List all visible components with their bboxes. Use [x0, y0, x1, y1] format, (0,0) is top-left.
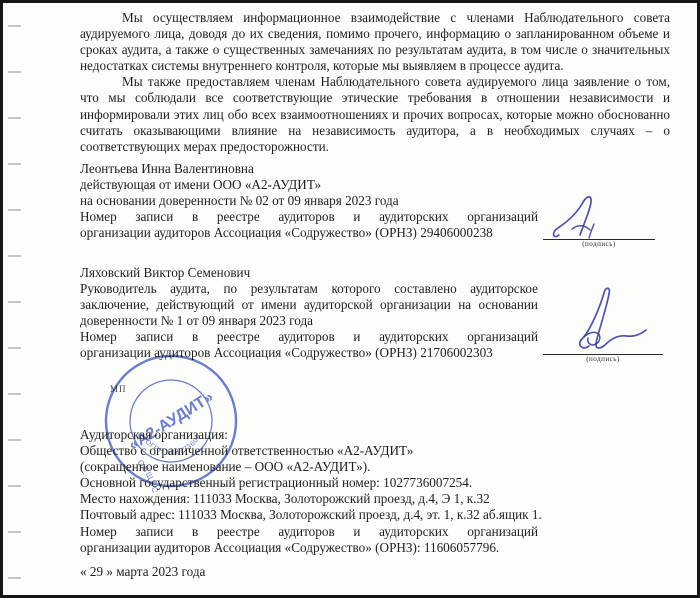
signature1-caption: (подпись)	[543, 240, 655, 249]
signer2-role: Руководитель аудита, по результатам кото…	[80, 281, 538, 297]
scan-binding-marks	[8, 25, 21, 581]
signer2-name: Ляховский Виктор Семенович	[80, 265, 550, 281]
text-line: что мы соблюдали все соответствующие эти…	[80, 90, 670, 106]
org-full-name: Общество с ограниченной ответственностью…	[80, 443, 670, 459]
org-ogrn: Основной государственный регистрационный…	[80, 475, 670, 491]
org-registry: Номер записи в реестре аудиторов и аудит…	[80, 524, 538, 540]
document-date: « 29 » марта 2023 года	[80, 564, 205, 580]
signer2-poa: доверенности № 1 от 09 января 2023 года	[80, 313, 550, 329]
signer2-block: Ляховский Виктор Семенович Руководитель …	[80, 265, 550, 362]
signature2-line: (подпись)	[543, 354, 663, 364]
signer1-ornz: организации аудиторов Ассоциация «Содруж…	[80, 225, 550, 241]
signature2-caption: (подпись)	[543, 355, 663, 364]
report-communication-paragraphs: Мы осуществляем информационное взаимодей…	[80, 10, 670, 155]
signature2-handwriting	[561, 284, 649, 354]
org-location: Место нахождения: 111033 Москва, Золотор…	[80, 491, 670, 507]
org-ornz: организации аудиторов Ассоциация «Содруж…	[80, 540, 670, 556]
text-line: соответствующих мерах предосторожности.	[80, 139, 670, 155]
signature1-line: (подпись)	[543, 239, 655, 249]
signature1-handwriting	[549, 193, 619, 241]
org-postal-address: Почтовый адрес: 111033 Москва, Золоторож…	[80, 507, 670, 523]
text-line: аудируемого лица, доводя до их сведения,…	[80, 26, 670, 42]
signer2-role-cont: заключение, действующий от имени аудитор…	[80, 297, 538, 313]
signer1-poa: на основании доверенности № 02 от 09 янв…	[80, 193, 550, 209]
signer2-registry: Номер записи в реестре аудиторов и аудит…	[80, 329, 538, 345]
scanned-audit-document-page: Мы осуществляем информационное взаимодей…	[0, 0, 700, 598]
audit-organization-block: Аудиторская организация: Общество с огра…	[80, 427, 670, 556]
org-short-name: (сокращенное наименование – ООО «А2-АУДИ…	[80, 459, 670, 475]
text-line: недостатках системы внутреннего контроля…	[80, 58, 670, 74]
text-line: Мы также предоставляем членам Наблюдател…	[80, 74, 670, 90]
signer1-block: Леонтьева Инна Валентиновна действующая …	[80, 161, 550, 241]
org-heading: Аудиторская организация:	[80, 427, 670, 443]
text-line: Мы осуществляем информационное взаимодей…	[80, 10, 670, 26]
signer1-authority: действующая от имени ООО «А2-АУДИТ»	[80, 177, 550, 193]
text-line: информировали этих лиц обо всех взаимоот…	[80, 107, 670, 123]
signer1-registry: Номер записи в реестре аудиторов и аудит…	[80, 209, 538, 225]
text-line: сроках аудита, а также о существенных за…	[80, 42, 670, 58]
signer1-name: Леонтьева Инна Валентиновна	[80, 161, 550, 177]
text-line: считать оказывающими влияние на независи…	[80, 123, 670, 139]
